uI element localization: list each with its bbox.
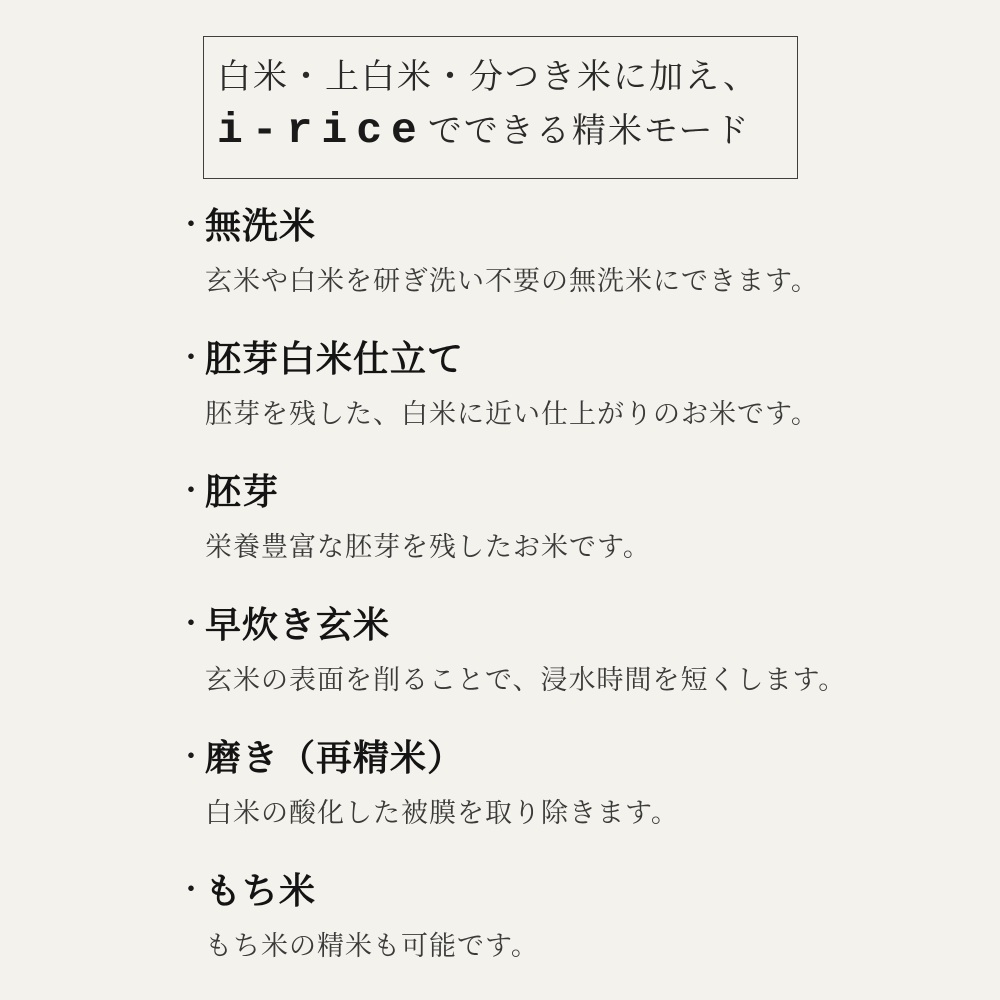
mode-description: 玄米や白米を研ぎ洗い不要の無洗米にできます。	[205, 262, 896, 300]
modes-list: ・ 無洗米 玄米や白米を研ぎ洗い不要の無洗米にできます。 ・ 胚芽白米仕立て 胚…	[176, 204, 896, 965]
mode-heading-row: ・ 胚芽	[176, 470, 896, 514]
mode-description: もち米の精米も可能です。	[205, 927, 896, 965]
page: { "colors": { "background": "#f4f2ec", "…	[0, 0, 1000, 1000]
mode-name: 胚芽	[205, 470, 279, 514]
mode-item: ・ 無洗米 玄米や白米を研ぎ洗い不要の無洗米にできます。	[176, 204, 896, 300]
bullet-icon: ・	[176, 204, 205, 248]
mode-heading-row: ・ 磨き（再精米）	[176, 736, 896, 780]
mode-name: 磨き（再精米）	[205, 736, 464, 780]
mode-heading-row: ・ もち米	[176, 869, 896, 913]
bullet-icon: ・	[176, 869, 205, 913]
brand-wordmark: i-rice	[217, 109, 426, 152]
title-line-1: 白米・上白米・分つき米に加え、	[217, 51, 797, 103]
mode-item: ・ 胚芽 栄養豊富な胚芽を残したお米です。	[176, 470, 896, 566]
title-line-2-suffix: でできる精米モード	[428, 114, 751, 148]
mode-description: 胚芽を残した、白米に近い仕上がりのお米です。	[205, 395, 896, 433]
mode-name: 無洗米	[205, 204, 316, 248]
mode-item: ・ 早炊き玄米 玄米の表面を削ることで、浸水時間を短くします。	[176, 603, 896, 699]
mode-description: 白米の酸化した被膜を取り除きます。	[205, 794, 896, 832]
mode-description: 玄米の表面を削ることで、浸水時間を短くします。	[205, 661, 896, 699]
mode-item: ・ もち米 もち米の精米も可能です。	[176, 869, 896, 965]
bullet-icon: ・	[176, 470, 205, 514]
mode-heading-row: ・ 胚芽白米仕立て	[176, 337, 896, 381]
mode-heading-row: ・ 早炊き玄米	[176, 603, 896, 647]
title-box: 白米・上白米・分つき米に加え、 i-rice でできる精米モード	[203, 36, 798, 179]
mode-name: 早炊き玄米	[205, 603, 390, 647]
mode-item: ・ 胚芽白米仕立て 胚芽を残した、白米に近い仕上がりのお米です。	[176, 337, 896, 433]
mode-name: 胚芽白米仕立て	[205, 337, 464, 381]
mode-name: もち米	[205, 869, 316, 913]
mode-heading-row: ・ 無洗米	[176, 204, 896, 248]
bullet-icon: ・	[176, 337, 205, 381]
mode-item: ・ 磨き（再精米） 白米の酸化した被膜を取り除きます。	[176, 736, 896, 832]
mode-description: 栄養豊富な胚芽を残したお米です。	[205, 528, 896, 566]
bullet-icon: ・	[176, 736, 205, 780]
title-line-2: i-rice でできる精米モード	[217, 109, 797, 152]
bullet-icon: ・	[176, 603, 205, 647]
